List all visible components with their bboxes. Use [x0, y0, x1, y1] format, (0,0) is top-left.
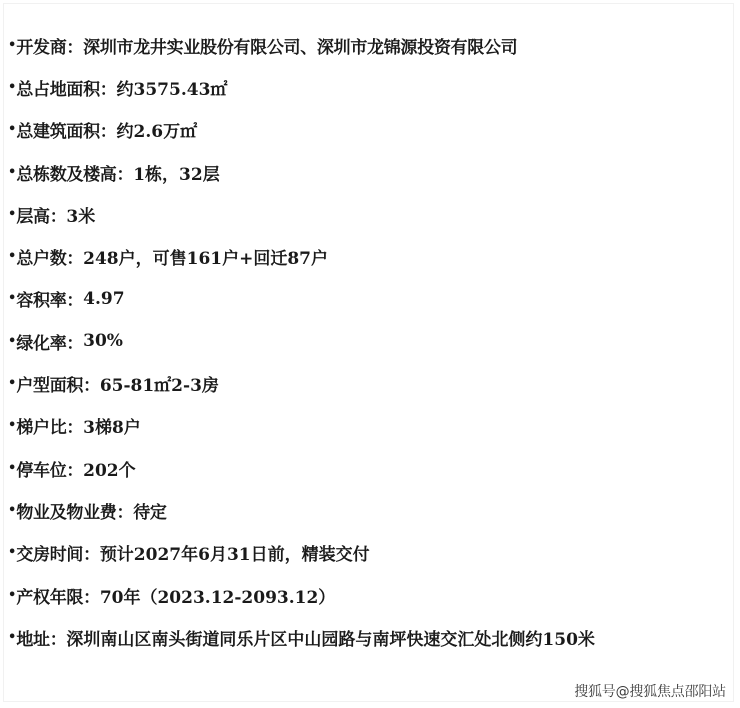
info-row-green-ratio: • 绿化率： 30% [8, 320, 595, 362]
info-label: 地址： [16, 625, 66, 650]
bullet-icon: • [8, 122, 16, 137]
info-value: 70年（2023.12-2093.12） [100, 583, 336, 608]
bullet-icon: • [8, 588, 16, 603]
info-value: 深圳南山区南头街道同乐片区中山园路与南坪快速交汇处北侧约150米 [66, 625, 595, 650]
info-label: 产权年限： [16, 583, 100, 608]
info-label: 层高： [16, 202, 66, 227]
info-label: 交房时间： [16, 540, 100, 565]
info-row-floor-height: • 层高： 3米 [8, 193, 595, 235]
bullet-icon: • [8, 291, 16, 306]
bullet-icon: • [8, 461, 16, 476]
info-value: 4.97 [83, 289, 124, 309]
info-value: 深圳市龙井实业股份有限公司、深圳市龙锦源投资有限公司 [83, 33, 517, 58]
info-value: 65-81㎡2-3房 [100, 371, 219, 396]
info-value: 预计2027年6月31日前，精装交付 [100, 540, 370, 565]
info-row-elevator-ratio: • 梯户比： 3梯8户 [8, 405, 595, 447]
bullet-icon: • [8, 249, 16, 264]
info-row-buildings-floors: • 总栋数及楼高： 1栋，32层 [8, 151, 595, 193]
info-row-households: • 总户数： 248户，可售161户+回迁87户 [8, 235, 595, 277]
info-value: 约3575.43㎡ [117, 75, 228, 100]
info-label: 开发商： [16, 33, 83, 58]
info-row-property-management: • 物业及物业费： 待定 [8, 489, 595, 531]
info-row-developer: • 开发商： 深圳市龙井实业股份有限公司、深圳市龙锦源投资有限公司 [8, 24, 595, 66]
info-label: 总建筑面积： [16, 117, 116, 142]
bullet-icon: • [8, 334, 16, 349]
bullet-icon: • [8, 38, 16, 53]
info-label: 总栋数及楼高： [16, 160, 133, 185]
info-label: 绿化率： [16, 329, 83, 354]
bullet-icon: • [8, 376, 16, 391]
bullet-icon: • [8, 545, 16, 560]
project-info-list: • 开发商： 深圳市龙井实业股份有限公司、深圳市龙锦源投资有限公司 • 总占地面… [8, 24, 595, 658]
info-row-delivery-time: • 交房时间： 预计2027年6月31日前，精装交付 [8, 532, 595, 574]
info-label: 总占地面积： [16, 75, 116, 100]
bullet-icon: • [8, 207, 16, 222]
info-row-parking: • 停车位： 202个 [8, 447, 595, 489]
info-value: 3米 [66, 202, 95, 227]
bullet-icon: • [8, 630, 16, 645]
info-label: 容积率： [16, 286, 83, 311]
info-row-property-rights: • 产权年限： 70年（2023.12-2093.12） [8, 574, 595, 616]
info-label: 梯户比： [16, 413, 83, 438]
info-row-unit-area: • 户型面积： 65-81㎡2-3房 [8, 362, 595, 404]
info-value: 248户，可售161户+回迁87户 [83, 244, 328, 269]
info-value: 约2.6万㎡ [117, 117, 198, 142]
source-watermark: 搜狐号@搜狐焦点邵阳站 [574, 681, 726, 701]
info-row-plot-ratio: • 容积率： 4.97 [8, 278, 595, 320]
info-label: 总户数： [16, 244, 83, 269]
info-value: 3梯8户 [83, 413, 141, 438]
info-row-address: • 地址： 深圳南山区南头街道同乐片区中山园路与南坪快速交汇处北侧约150米 [8, 616, 595, 658]
info-label: 停车位： [16, 456, 83, 481]
info-value: 30% [83, 331, 123, 351]
bullet-icon: • [8, 80, 16, 95]
bullet-icon: • [8, 503, 16, 518]
info-row-building-area: • 总建筑面积： 约2.6万㎡ [8, 109, 595, 151]
bullet-icon: • [8, 165, 16, 180]
info-value: 1栋，32层 [133, 160, 220, 185]
info-value: 待定 [133, 498, 166, 523]
info-value: 202个 [83, 456, 136, 481]
info-row-site-area: • 总占地面积： 约3575.43㎡ [8, 66, 595, 108]
info-label: 户型面积： [16, 371, 100, 396]
info-label: 物业及物业费： [16, 498, 133, 523]
bullet-icon: • [8, 418, 16, 433]
